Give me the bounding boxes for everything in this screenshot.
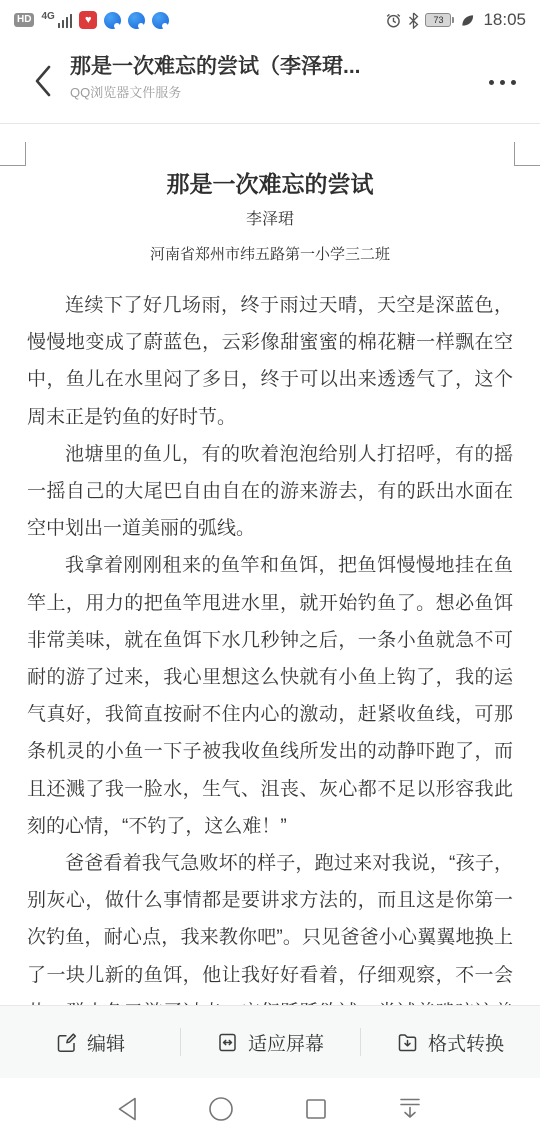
essay-school: 河南省郑州市纬五路第一小学三二班 (27, 244, 513, 265)
alarm-icon (385, 12, 402, 29)
home-circle-icon (208, 1096, 234, 1122)
recents-square-icon (304, 1097, 328, 1121)
ellipsis-icon (489, 80, 494, 85)
nav-recents-button[interactable] (294, 1087, 338, 1131)
back-triangle-icon (115, 1096, 139, 1122)
folder-download-icon (396, 1031, 419, 1054)
edit-label: 编辑 (87, 1029, 125, 1056)
fit-screen-icon (216, 1031, 239, 1054)
status-bar: HD 4G ♥ 73 (0, 0, 540, 40)
more-options-button[interactable] (487, 74, 518, 91)
format-convert-label: 格式转换 (428, 1029, 504, 1056)
app-header: 那是一次难忘的尝试（李泽珺... QQ浏览器文件服务 (0, 40, 540, 124)
power-saving-leaf-icon (460, 13, 475, 28)
essay-author: 李泽珺 (27, 209, 513, 231)
edit-button[interactable]: 编辑 (0, 1006, 180, 1078)
essay-title: 那是一次难忘的尝试 (27, 168, 513, 200)
essay-paragraph: 我拿着刚刚租来的鱼竿和鱼饵，把鱼饵慢慢地挂在鱼竿上，用力的把鱼竿甩进水里，就开始… (27, 547, 513, 845)
signal-bars-icon (58, 14, 73, 28)
heart-notification-icon: ♥ (79, 11, 97, 29)
document-viewport[interactable]: 那是一次难忘的尝试 李泽珺 河南省郑州市纬五路第一小学三二班 连续下了好几场雨，… (0, 124, 540, 1005)
fit-screen-button[interactable]: 适应屏幕 (180, 1006, 360, 1078)
nav-back-button[interactable] (105, 1087, 149, 1131)
status-time: 18:05 (483, 10, 526, 30)
essay-paragraph: 池塘里的鱼儿，有的吹着泡泡给别人打招呼，有的摇一摇自己的大尾巴自由自在的游来游去… (27, 436, 513, 548)
bottom-toolbar: 编辑 适应屏幕 格式转换 (0, 1005, 540, 1078)
essay-paragraph: 连续下了好几场雨，终于雨过天晴，天空是深蓝色，慢慢地变成了蔚蓝色，云彩像甜蜜蜜的… (27, 287, 513, 436)
signal-strength-icon: 4G (41, 12, 72, 28)
circle-notification-icon-3 (152, 12, 169, 29)
phone-screen: HD 4G ♥ 73 (0, 0, 540, 1140)
nav-hide-bar-button[interactable] (388, 1087, 432, 1131)
document-header-title: 那是一次难忘的尝试（李泽珺... (70, 52, 450, 82)
document-page: 那是一次难忘的尝试 李泽珺 河南省郑州市纬五路第一小学三二班 连续下了好几场雨，… (27, 124, 513, 1005)
hd-volte-icon: HD (14, 13, 34, 27)
page-margin-mark-left (0, 142, 26, 166)
battery-level: 73 (433, 16, 443, 25)
battery-icon: 73 (425, 13, 454, 27)
essay-paragraph: 爸爸看着我气急败坏的样子，跑过来对我说，“孩子，别灰心，做什么事情都是要讲求方法… (27, 845, 513, 1005)
back-chevron-icon (33, 64, 53, 103)
bluetooth-icon (408, 12, 419, 29)
android-navigation-bar (0, 1078, 540, 1140)
essay-body: 连续下了好几场雨，终于雨过天晴，天空是深蓝色，慢慢地变成了蔚蓝色，云彩像甜蜜蜜的… (27, 287, 513, 1005)
edit-pencil-icon (55, 1031, 78, 1054)
network-type-label: 4G (41, 12, 54, 22)
format-convert-button[interactable]: 格式转换 (360, 1006, 540, 1078)
ellipsis-icon (500, 80, 505, 85)
back-button[interactable] (26, 64, 60, 102)
page-margin-mark-right (514, 142, 540, 166)
nav-home-button[interactable] (199, 1087, 243, 1131)
fit-screen-label: 适应屏幕 (248, 1029, 324, 1056)
ellipsis-icon (511, 80, 516, 85)
file-service-subtitle: QQ浏览器文件服务 (70, 85, 450, 101)
circle-notification-icon-1 (104, 12, 121, 29)
collapse-navbar-icon (398, 1096, 422, 1122)
circle-notification-icon-2 (128, 12, 145, 29)
